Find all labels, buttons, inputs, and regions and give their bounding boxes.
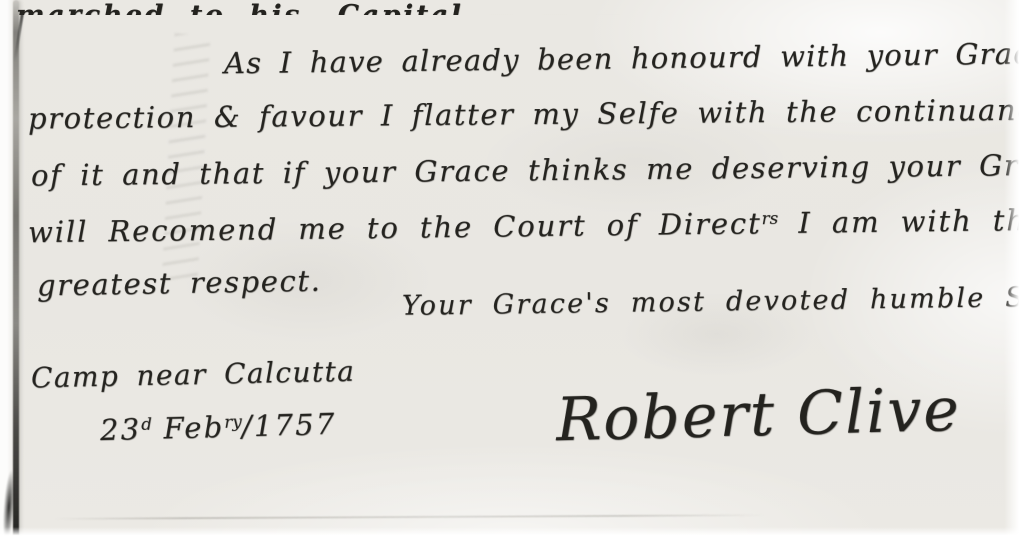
date-year: /1757 xyxy=(241,407,336,443)
cropped-top-line-text: marched to his, Capital — — — — xyxy=(16,0,636,15)
date-month-superscript: ry xyxy=(224,411,242,431)
signature: Robert Clive xyxy=(555,375,961,456)
cropped-top-line: marched to his, Capital — — — — xyxy=(16,0,636,15)
body-line-4-post: I am with the xyxy=(778,203,1024,240)
body-line-5: greatest respect. xyxy=(37,264,322,303)
scan-edge-right xyxy=(1004,0,1024,539)
date-day: 23 xyxy=(100,412,142,447)
place-line: Camp near Calcutta xyxy=(31,355,356,395)
body-line-4-superscript: rs xyxy=(761,208,778,228)
date-day-superscript: d xyxy=(141,413,152,433)
date-line: 23d Febry/1757 xyxy=(100,407,337,447)
scanned-letter: marched to his, Capital — — — — As I hav… xyxy=(0,0,1024,539)
date-month: Feb xyxy=(152,410,225,446)
scan-edge-bottom xyxy=(0,527,1024,539)
